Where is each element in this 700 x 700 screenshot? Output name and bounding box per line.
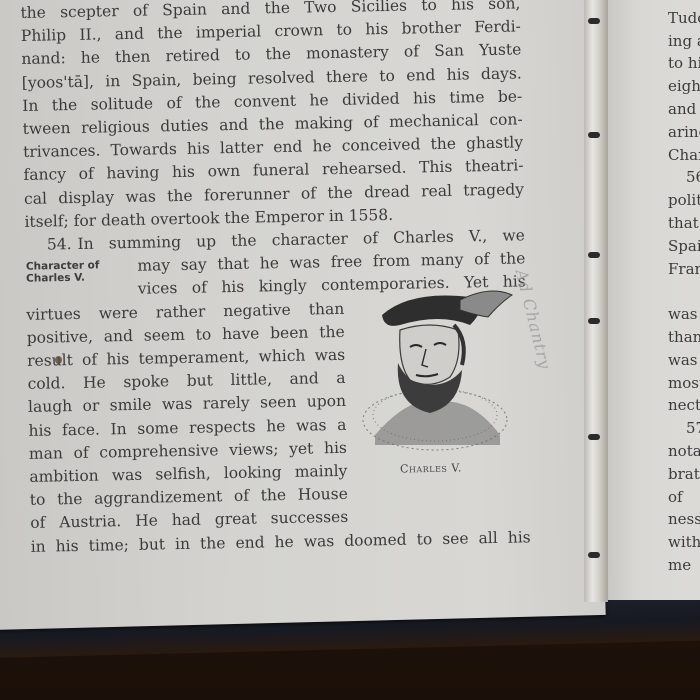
- binding-stitch: [588, 132, 600, 138]
- right-line: Tudor: [668, 7, 700, 30]
- right-line: than: [668, 326, 700, 349]
- right-line: ing as: [668, 30, 700, 53]
- right-line: ness: [668, 508, 700, 531]
- binding-stitch: [588, 552, 600, 558]
- binding-stitch: [588, 318, 600, 324]
- right-line: 57: [668, 417, 700, 440]
- right-line: politi: [668, 189, 700, 212]
- right-line: nota: [668, 440, 700, 463]
- sidenote-line: Character of: [26, 259, 100, 272]
- right-line: brat: [668, 463, 700, 486]
- right-line: that t: [668, 212, 700, 235]
- right-page-text: 55. Tudor ing as to his eighte and le ar…: [668, 6, 700, 577]
- sidenote-line: Charles V.: [26, 271, 100, 284]
- right-line: and le: [668, 98, 700, 121]
- right-line: 55.: [668, 0, 700, 7]
- right-line: Charl: [668, 144, 700, 167]
- right-line: [668, 280, 700, 303]
- right-line: Spain: [668, 235, 700, 258]
- right-line: Franc: [668, 258, 700, 281]
- right-line: to his: [668, 52, 700, 75]
- right-line: me: [668, 554, 700, 577]
- right-line: arine: [668, 121, 700, 144]
- right-line: most: [668, 372, 700, 395]
- right-line: was c: [668, 349, 700, 372]
- ink-spot: [55, 356, 62, 364]
- illustration-caption: Charles V.: [400, 461, 462, 475]
- right-line: 56.: [668, 166, 700, 189]
- right-line: was g: [668, 303, 700, 326]
- right-line: eighte: [668, 75, 700, 98]
- margin-sidenote: Character of Charles V.: [26, 259, 100, 284]
- book-gutter: [584, 0, 608, 602]
- right-line: necte: [668, 394, 700, 417]
- binding-stitch: [588, 18, 600, 24]
- section-number: 54.: [47, 233, 72, 257]
- right-line: with: [668, 531, 700, 554]
- binding-stitch: [588, 252, 600, 258]
- binding-stitch: [588, 434, 600, 440]
- right-line: of: [668, 486, 700, 509]
